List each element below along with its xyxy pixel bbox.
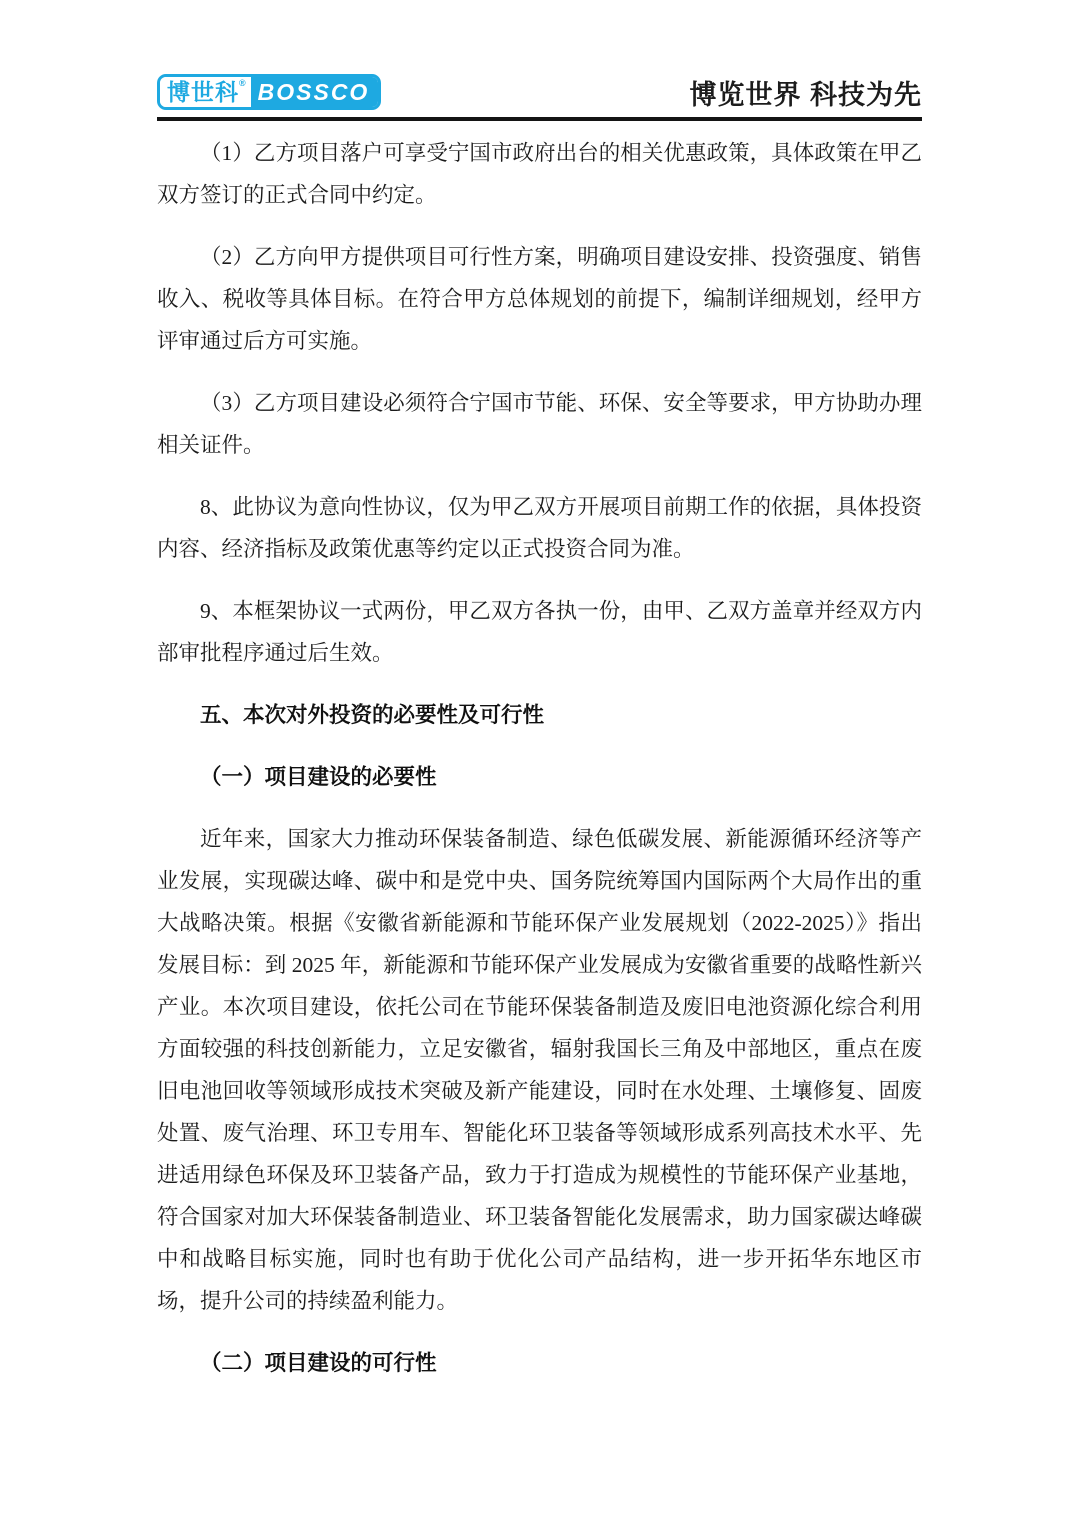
logo-chinese-text: 博世科 bbox=[167, 81, 239, 104]
registered-trademark-icon: ® bbox=[239, 79, 247, 88]
page-header: 博世科 ® BOSSCO 博览世界 科技为先 bbox=[157, 70, 922, 114]
header-divider-rule bbox=[157, 117, 922, 121]
logo-chinese-name: 博世科 ® bbox=[160, 77, 251, 107]
header-slogan: 博览世界 科技为先 bbox=[689, 73, 922, 112]
paragraph-item-8: 8、此协议为意向性协议，仅为甲乙双方开展项目前期工作的依据，具体投资内容、经济指… bbox=[157, 486, 922, 570]
paragraph-clause-3: （3）乙方项目建设必须符合宁国市节能、环保、安全等要求，甲方协助办理相关证件。 bbox=[157, 382, 922, 466]
company-logo: 博世科 ® BOSSCO bbox=[157, 74, 381, 110]
subsection-heading-1: （一）项目建设的必要性 bbox=[157, 756, 922, 798]
document-page: 博世科 ® BOSSCO 博览世界 科技为先 （1）乙方项目落户可享受宁国市政府… bbox=[0, 0, 1080, 1527]
document-body: （1）乙方项目落户可享受宁国市政府出台的相关优惠政策，具体政策在甲乙双方签订的正… bbox=[157, 132, 922, 1404]
subsection-heading-2: （二）项目建设的可行性 bbox=[157, 1342, 922, 1384]
paragraph-clause-1: （1）乙方项目落户可享受宁国市政府出台的相关优惠政策，具体政策在甲乙双方签订的正… bbox=[157, 132, 922, 216]
logo-english-name: BOSSCO bbox=[251, 77, 379, 107]
paragraph-item-9: 9、本框架协议一式两份，甲乙双方各执一份，由甲、乙双方盖章并经双方内部审批程序通… bbox=[157, 590, 922, 674]
section-heading-5: 五、本次对外投资的必要性及可行性 bbox=[157, 694, 922, 736]
paragraph-necessity-body: 近年来，国家大力推动环保装备制造、绿色低碳发展、新能源循环经济等产业发展，实现碳… bbox=[157, 818, 922, 1322]
paragraph-clause-2: （2）乙方向甲方提供项目可行性方案，明确项目建设安排、投资强度、销售收入、税收等… bbox=[157, 236, 922, 362]
